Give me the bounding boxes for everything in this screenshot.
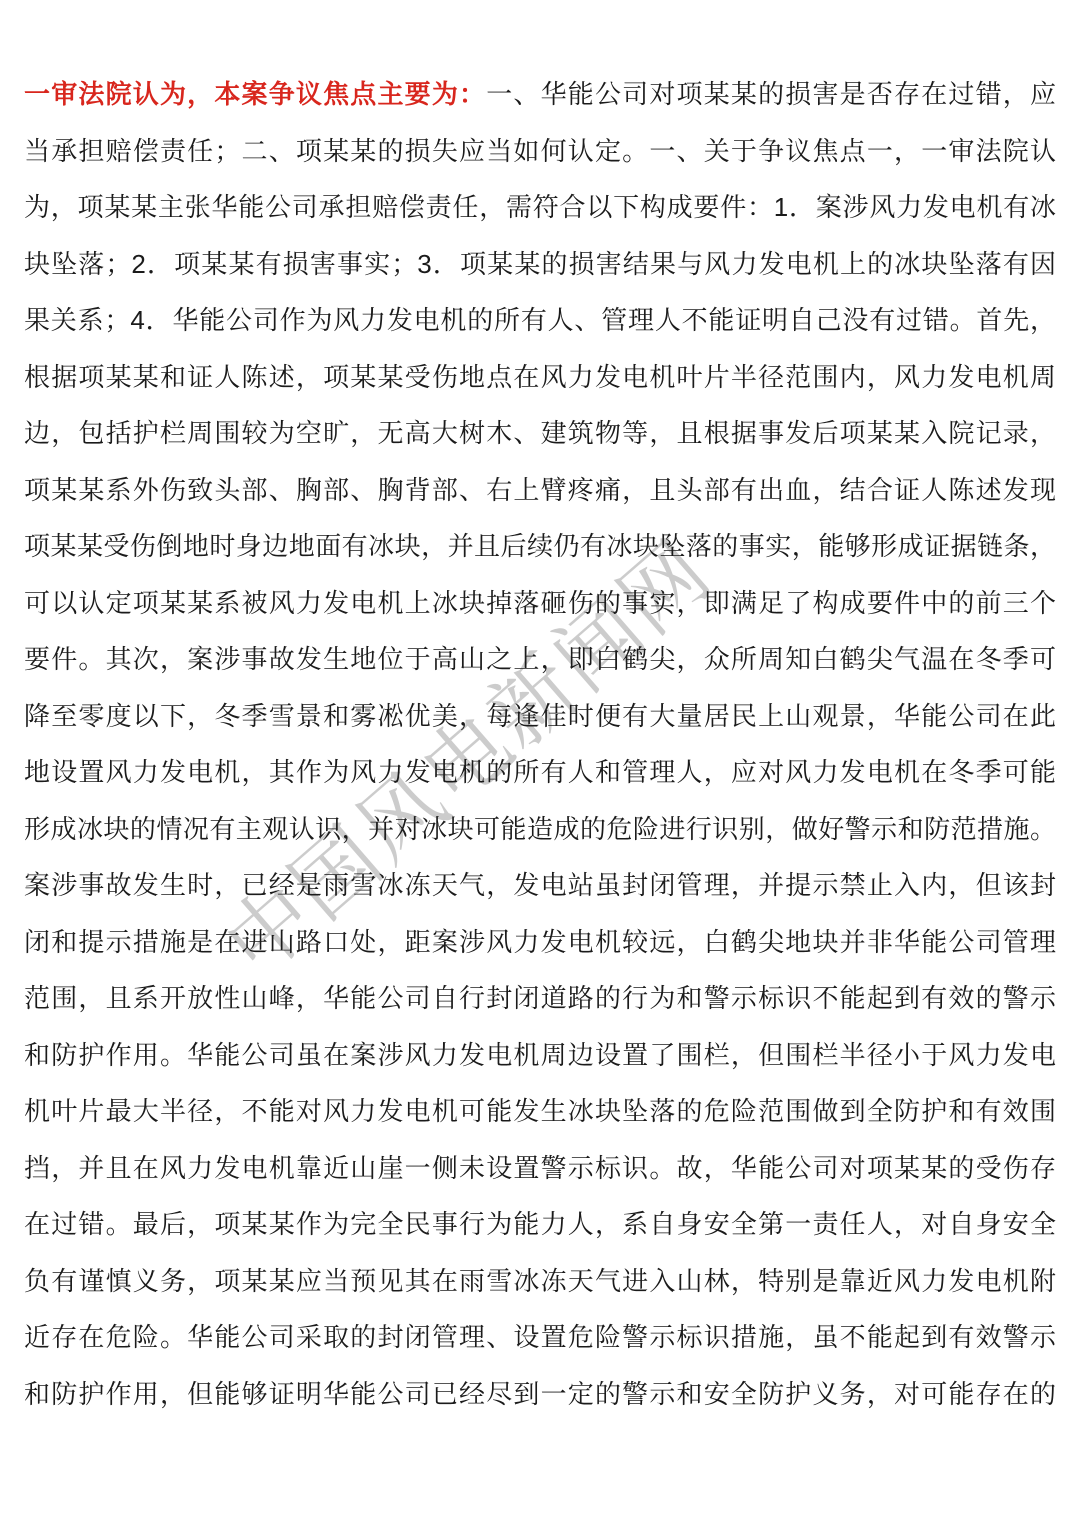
line-text: 项某某受伤倒地时身边地面有冰块，并且后续仍有冰块坠落的事实，能够形成证据链条，	[24, 531, 1056, 561]
line-text: 要件。其次，案涉事故发生地位于高山之上，即白鹤尖，众所周知白鹤尖气温在冬季可	[24, 644, 1056, 674]
text-line: 块坠落；2．项某某有损害事实；3．项某某的损害结果与风力发电机上的冰块坠落有因	[24, 236, 1056, 293]
text-line: 和防护作用，但能够证明华能公司已经尽到一定的警示和安全防护义务，对可能存在的	[24, 1366, 1056, 1423]
line-text: 形成冰块的情况有主观认识，并对冰块可能造成的危险进行识别，做好警示和防范措施。	[24, 814, 1056, 844]
line-text: 果关系；4．华能公司作为风力发电机的所有人、管理人不能证明自己没有过错。首先，	[24, 305, 1056, 335]
text-line: 负有谨慎义务，项某某应当预见其在雨雪冰冻天气进入山林，特别是靠近风力发电机附	[24, 1253, 1056, 1310]
text-line: 要件。其次，案涉事故发生地位于高山之上，即白鹤尖，众所周知白鹤尖气温在冬季可	[24, 631, 1056, 688]
line-text: 机叶片最大半径，不能对风力发电机可能发生冰块坠落的危险范围做到全防护和有效围	[24, 1096, 1056, 1126]
text-line: 边，包括护栏周围较为空旷，无高大树木、建筑物等，且根据事发后项某某入院记录，	[24, 405, 1056, 462]
text-line: 挡，并且在风力发电机靠近山崖一侧未设置警示标识。故，华能公司对项某某的受伤存	[24, 1140, 1056, 1197]
text-line: 闭和提示措施是在进山路口处，距案涉风力发电机较远，白鹤尖地块并非华能公司管理	[24, 914, 1056, 971]
text-line: 可以认定项某某系被风力发电机上冰块掉落砸伤的事实，即满足了构成要件中的前三个	[24, 575, 1056, 632]
line-text: 在过错。最后，项某某作为完全民事行为能力人，系自身安全第一责任人，对自身安全	[24, 1209, 1056, 1239]
line-text: 为，项某某主张华能公司承担赔偿责任，需符合以下构成要件：1．案涉风力发电机有冰	[24, 192, 1056, 222]
line-text: 近存在危险。华能公司采取的封闭管理、设置危险警示标识措施，虽不能起到有效警示	[24, 1322, 1056, 1352]
text-line: 地设置风力发电机，其作为风力发电机的所有人和管理人，应对风力发电机在冬季可能	[24, 744, 1056, 801]
document-page: 中国风电新闻网 一审法院认为，本案争议焦点主要为：一、华能公司对项某某的损害是否…	[0, 0, 1080, 1527]
line-text: 一、华能公司对项某某的损害是否存在过错，应	[486, 79, 1056, 109]
text-line: 项某某系外伤致头部、胸部、胸背部、右上臂疼痛，且头部有出血，结合证人陈述发现	[24, 462, 1056, 519]
text-line: 和防护作用。华能公司虽在案涉风力发电机周边设置了围栏，但围栏半径小于风力发电	[24, 1027, 1056, 1084]
text-line: 形成冰块的情况有主观认识，并对冰块可能造成的危险进行识别，做好警示和防范措施。	[24, 801, 1056, 858]
line-text: 和防护作用。华能公司虽在案涉风力发电机周边设置了围栏，但围栏半径小于风力发电	[24, 1040, 1056, 1070]
text-line: 当承担赔偿责任；二、项某某的损失应当如何认定。一、关于争议焦点一，一审法院认	[24, 123, 1056, 180]
text-line: 项某某受伤倒地时身边地面有冰块，并且后续仍有冰块坠落的事实，能够形成证据链条，	[24, 518, 1056, 575]
line-text: 根据项某某和证人陈述，项某某受伤地点在风力发电机叶片半径范围内，风力发电机周	[24, 362, 1056, 392]
text-line: 范围，且系开放性山峰，华能公司自行封闭道路的行为和警示标识不能起到有效的警示	[24, 970, 1056, 1027]
text-line: 机叶片最大半径，不能对风力发电机可能发生冰块坠落的危险范围做到全防护和有效围	[24, 1083, 1056, 1140]
line-text: 项某某系外伤致头部、胸部、胸背部、右上臂疼痛，且头部有出血，结合证人陈述发现	[24, 475, 1056, 505]
red-lead-text: 一审法院认为，本案争议焦点主要为：	[24, 79, 486, 109]
text-line: 为，项某某主张华能公司承担赔偿责任，需符合以下构成要件：1．案涉风力发电机有冰	[24, 179, 1056, 236]
line-text: 和防护作用，但能够证明华能公司已经尽到一定的警示和安全防护义务，对可能存在的	[24, 1379, 1056, 1409]
line-text: 范围，且系开放性山峰，华能公司自行封闭道路的行为和警示标识不能起到有效的警示	[24, 983, 1056, 1013]
line-text: 可以认定项某某系被风力发电机上冰块掉落砸伤的事实，即满足了构成要件中的前三个	[24, 588, 1056, 618]
text-line: 一审法院认为，本案争议焦点主要为：一、华能公司对项某某的损害是否存在过错，应	[24, 66, 1056, 123]
line-text: 案涉事故发生时，已经是雨雪冰冻天气，发电站虽封闭管理，并提示禁止入内，但该封	[24, 870, 1056, 900]
line-text: 挡，并且在风力发电机靠近山崖一侧未设置警示标识。故，华能公司对项某某的受伤存	[24, 1153, 1056, 1183]
line-text: 负有谨慎义务，项某某应当预见其在雨雪冰冻天气进入山林，特别是靠近风力发电机附	[24, 1266, 1056, 1296]
line-text: 边，包括护栏周围较为空旷，无高大树木、建筑物等，且根据事发后项某某入院记录，	[24, 418, 1056, 448]
text-line: 果关系；4．华能公司作为风力发电机的所有人、管理人不能证明自己没有过错。首先，	[24, 292, 1056, 349]
text-line: 近存在危险。华能公司采取的封闭管理、设置危险警示标识措施，虽不能起到有效警示	[24, 1309, 1056, 1366]
text-line: 案涉事故发生时，已经是雨雪冰冻天气，发电站虽封闭管理，并提示禁止入内，但该封	[24, 857, 1056, 914]
line-text: 降至零度以下，冬季雪景和雾凇优美，每逢佳时便有大量居民上山观景，华能公司在此	[24, 701, 1056, 731]
line-text: 地设置风力发电机，其作为风力发电机的所有人和管理人，应对风力发电机在冬季可能	[24, 757, 1056, 787]
line-text: 闭和提示措施是在进山路口处，距案涉风力发电机较远，白鹤尖地块并非华能公司管理	[24, 927, 1056, 957]
text-line: 在过错。最后，项某某作为完全民事行为能力人，系自身安全第一责任人，对自身安全	[24, 1196, 1056, 1253]
text-line: 降至零度以下，冬季雪景和雾凇优美，每逢佳时便有大量居民上山观景，华能公司在此	[24, 688, 1056, 745]
line-text: 当承担赔偿责任；二、项某某的损失应当如何认定。一、关于争议焦点一，一审法院认	[24, 136, 1056, 166]
judgment-text-block: 一审法院认为，本案争议焦点主要为：一、华能公司对项某某的损害是否存在过错，应 当…	[0, 0, 1080, 1422]
line-text: 块坠落；2．项某某有损害事实；3．项某某的损害结果与风力发电机上的冰块坠落有因	[24, 249, 1056, 279]
text-line: 根据项某某和证人陈述，项某某受伤地点在风力发电机叶片半径范围内，风力发电机周	[24, 349, 1056, 406]
